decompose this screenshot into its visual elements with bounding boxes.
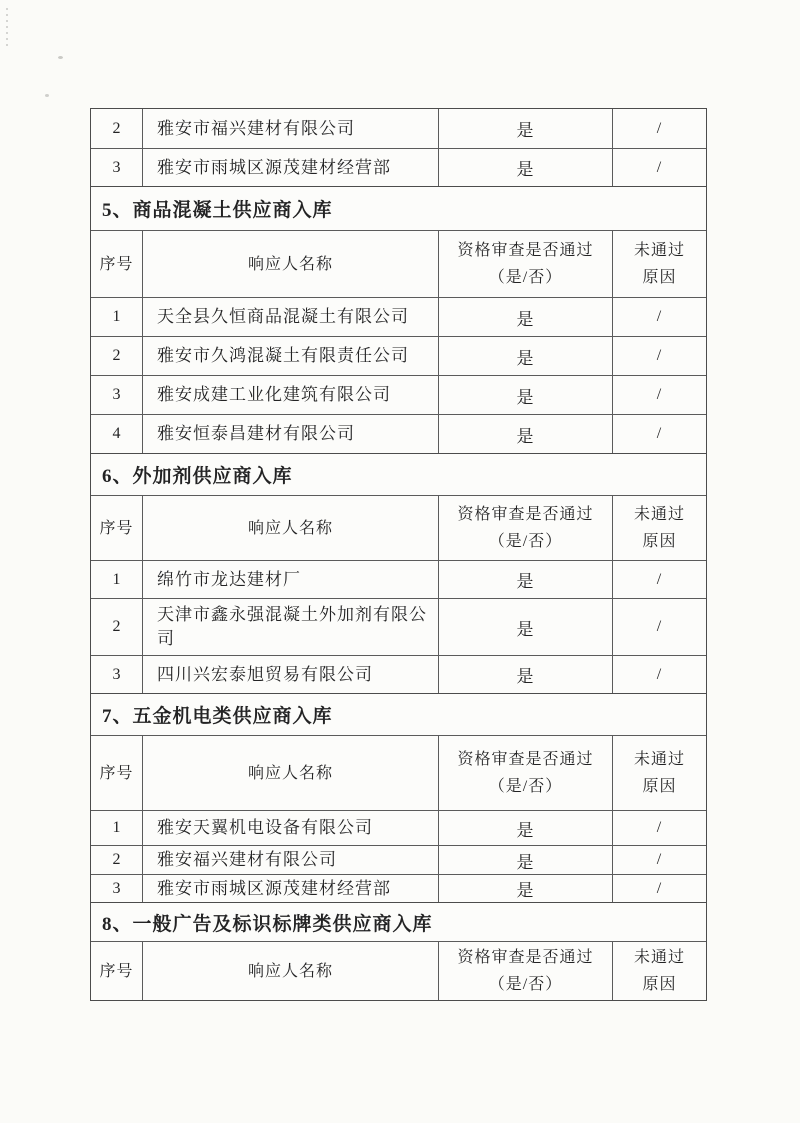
reason-cell: / — [612, 811, 706, 845]
header-name: 响应人名称 — [142, 736, 438, 810]
header-fail-line2: 原因 — [642, 264, 676, 291]
supplier-row: 1 天全县久恒商品混凝土有限公司 是 / — [91, 297, 706, 336]
reason-cell: / — [612, 561, 706, 598]
passed-cell: 是 — [438, 337, 612, 375]
header-qualification-line2: （是/否） — [489, 971, 562, 998]
supplier-row: 3 四川兴宏泰旭贸易有限公司 是 / — [91, 655, 706, 693]
table-header-row: 序号 响应人名称 资格审查是否通过 （是/否） 未通过 原因 — [91, 941, 706, 1000]
header-qualification-line2: （是/否） — [489, 264, 562, 291]
header-seq: 序号 — [91, 736, 142, 810]
seq-cell: 2 — [91, 599, 142, 655]
header-fail-line2: 原因 — [642, 971, 676, 998]
table-header-row: 序号 响应人名称 资格审查是否通过 （是/否） 未通过 原因 — [91, 735, 706, 810]
seq-cell: 2 — [91, 109, 142, 148]
scan-artifact — [45, 94, 49, 97]
name-cell: 雅安福兴建材有限公司 — [142, 846, 438, 874]
header-fail-reason: 未通过 原因 — [612, 231, 706, 297]
header-qualification: 资格审查是否通过 （是/否） — [438, 231, 612, 297]
reason-cell: / — [612, 875, 706, 902]
name-cell: 雅安天翼机电设备有限公司 — [142, 811, 438, 845]
name-cell: 天津市鑫永强混凝土外加剂有限公司 — [142, 599, 438, 655]
supplier-row: 2 雅安福兴建材有限公司 是 / — [91, 845, 706, 874]
header-fail-line1: 未通过 — [634, 501, 685, 528]
passed-cell: 是 — [438, 811, 612, 845]
seq-cell: 3 — [91, 376, 142, 414]
header-fail-reason: 未通过 原因 — [612, 736, 706, 810]
header-seq: 序号 — [91, 231, 142, 297]
supplier-tables: 2 雅安市福兴建材有限公司 是 / 3 雅安市雨城区源茂建材经营部 是 / 5、… — [90, 108, 707, 1001]
supplier-row: 3 雅安市雨城区源茂建材经营部 是 / — [91, 148, 706, 186]
header-qualification-line2: （是/否） — [489, 528, 562, 555]
supplier-row: 2 雅安市久鸿混凝土有限责任公司 是 / — [91, 336, 706, 375]
seq-cell: 4 — [91, 415, 142, 453]
seq-cell: 1 — [91, 298, 142, 336]
supplier-row: 2 天津市鑫永强混凝土外加剂有限公司 是 / — [91, 598, 706, 655]
reason-cell: / — [612, 149, 706, 186]
name-cell: 雅安成建工业化建筑有限公司 — [142, 376, 438, 414]
header-fail-line1: 未通过 — [634, 237, 685, 264]
name-cell: 绵竹市龙达建材厂 — [142, 561, 438, 598]
seq-cell: 1 — [91, 561, 142, 598]
header-qualification-line1: 资格审查是否通过 — [457, 237, 593, 264]
header-name: 响应人名称 — [142, 231, 438, 297]
supplier-row: 1 雅安天翼机电设备有限公司 是 / — [91, 810, 706, 845]
document-page: 2 雅安市福兴建材有限公司 是 / 3 雅安市雨城区源茂建材经营部 是 / 5、… — [0, 0, 800, 1123]
passed-cell: 是 — [438, 415, 612, 453]
supplier-row: 4 雅安恒泰昌建材有限公司 是 / — [91, 414, 706, 453]
header-fail-line1: 未通过 — [634, 746, 685, 773]
name-cell: 雅安市雨城区源茂建材经营部 — [142, 149, 438, 186]
header-seq: 序号 — [91, 942, 142, 1000]
header-fail-line1: 未通过 — [634, 944, 685, 971]
passed-cell: 是 — [438, 846, 612, 874]
passed-cell: 是 — [438, 149, 612, 186]
reason-cell: / — [612, 656, 706, 693]
section-title: 8、一般广告及标识标牌类供应商入库 — [91, 902, 706, 941]
passed-cell: 是 — [438, 599, 612, 655]
section-title: 5、商品混凝土供应商入库 — [91, 186, 706, 230]
header-fail-reason: 未通过 原因 — [612, 496, 706, 560]
passed-cell: 是 — [438, 656, 612, 693]
table-header-row: 序号 响应人名称 资格审查是否通过 （是/否） 未通过 原因 — [91, 230, 706, 297]
passed-cell: 是 — [438, 376, 612, 414]
seq-cell: 2 — [91, 337, 142, 375]
header-name: 响应人名称 — [142, 496, 438, 560]
header-qualification-line1: 资格审查是否通过 — [457, 944, 593, 971]
name-cell: 雅安市福兴建材有限公司 — [142, 109, 438, 148]
name-cell: 雅安市雨城区源茂建材经营部 — [142, 875, 438, 902]
header-qualification: 资格审查是否通过 （是/否） — [438, 942, 612, 1000]
reason-cell: / — [612, 109, 706, 148]
seq-cell: 3 — [91, 656, 142, 693]
section-title: 6、外加剂供应商入库 — [91, 453, 706, 495]
supplier-row: 3 雅安市雨城区源茂建材经营部 是 / — [91, 874, 706, 902]
reason-cell: / — [612, 846, 706, 874]
header-fail-reason: 未通过 原因 — [612, 942, 706, 1000]
header-qualification: 资格审查是否通过 （是/否） — [438, 736, 612, 810]
header-qualification-line1: 资格审查是否通过 — [457, 746, 593, 773]
name-cell: 天全县久恒商品混凝土有限公司 — [142, 298, 438, 336]
reason-cell: / — [612, 298, 706, 336]
reason-cell: / — [612, 337, 706, 375]
header-qualification-line2: （是/否） — [489, 773, 562, 800]
table-header-row: 序号 响应人名称 资格审查是否通过 （是/否） 未通过 原因 — [91, 495, 706, 560]
passed-cell: 是 — [438, 109, 612, 148]
seq-cell: 1 — [91, 811, 142, 845]
reason-cell: / — [612, 599, 706, 655]
header-qualification: 资格审查是否通过 （是/否） — [438, 496, 612, 560]
supplier-row: 2 雅安市福兴建材有限公司 是 / — [91, 109, 706, 148]
header-qualification-line1: 资格审查是否通过 — [457, 501, 593, 528]
name-cell: 四川兴宏泰旭贸易有限公司 — [142, 656, 438, 693]
scan-artifact — [6, 8, 8, 46]
header-fail-line2: 原因 — [642, 528, 676, 555]
seq-cell: 2 — [91, 846, 142, 874]
reason-cell: / — [612, 376, 706, 414]
name-cell: 雅安市久鸿混凝土有限责任公司 — [142, 337, 438, 375]
supplier-row: 1 绵竹市龙达建材厂 是 / — [91, 560, 706, 598]
passed-cell: 是 — [438, 561, 612, 598]
reason-cell: / — [612, 415, 706, 453]
passed-cell: 是 — [438, 298, 612, 336]
section-title: 7、五金机电类供应商入库 — [91, 693, 706, 735]
supplier-row: 3 雅安成建工业化建筑有限公司 是 / — [91, 375, 706, 414]
name-cell: 雅安恒泰昌建材有限公司 — [142, 415, 438, 453]
passed-cell: 是 — [438, 875, 612, 902]
header-fail-line2: 原因 — [642, 773, 676, 800]
header-name: 响应人名称 — [142, 942, 438, 1000]
seq-cell: 3 — [91, 149, 142, 186]
seq-cell: 3 — [91, 875, 142, 902]
scan-artifact — [58, 56, 63, 59]
header-seq: 序号 — [91, 496, 142, 560]
